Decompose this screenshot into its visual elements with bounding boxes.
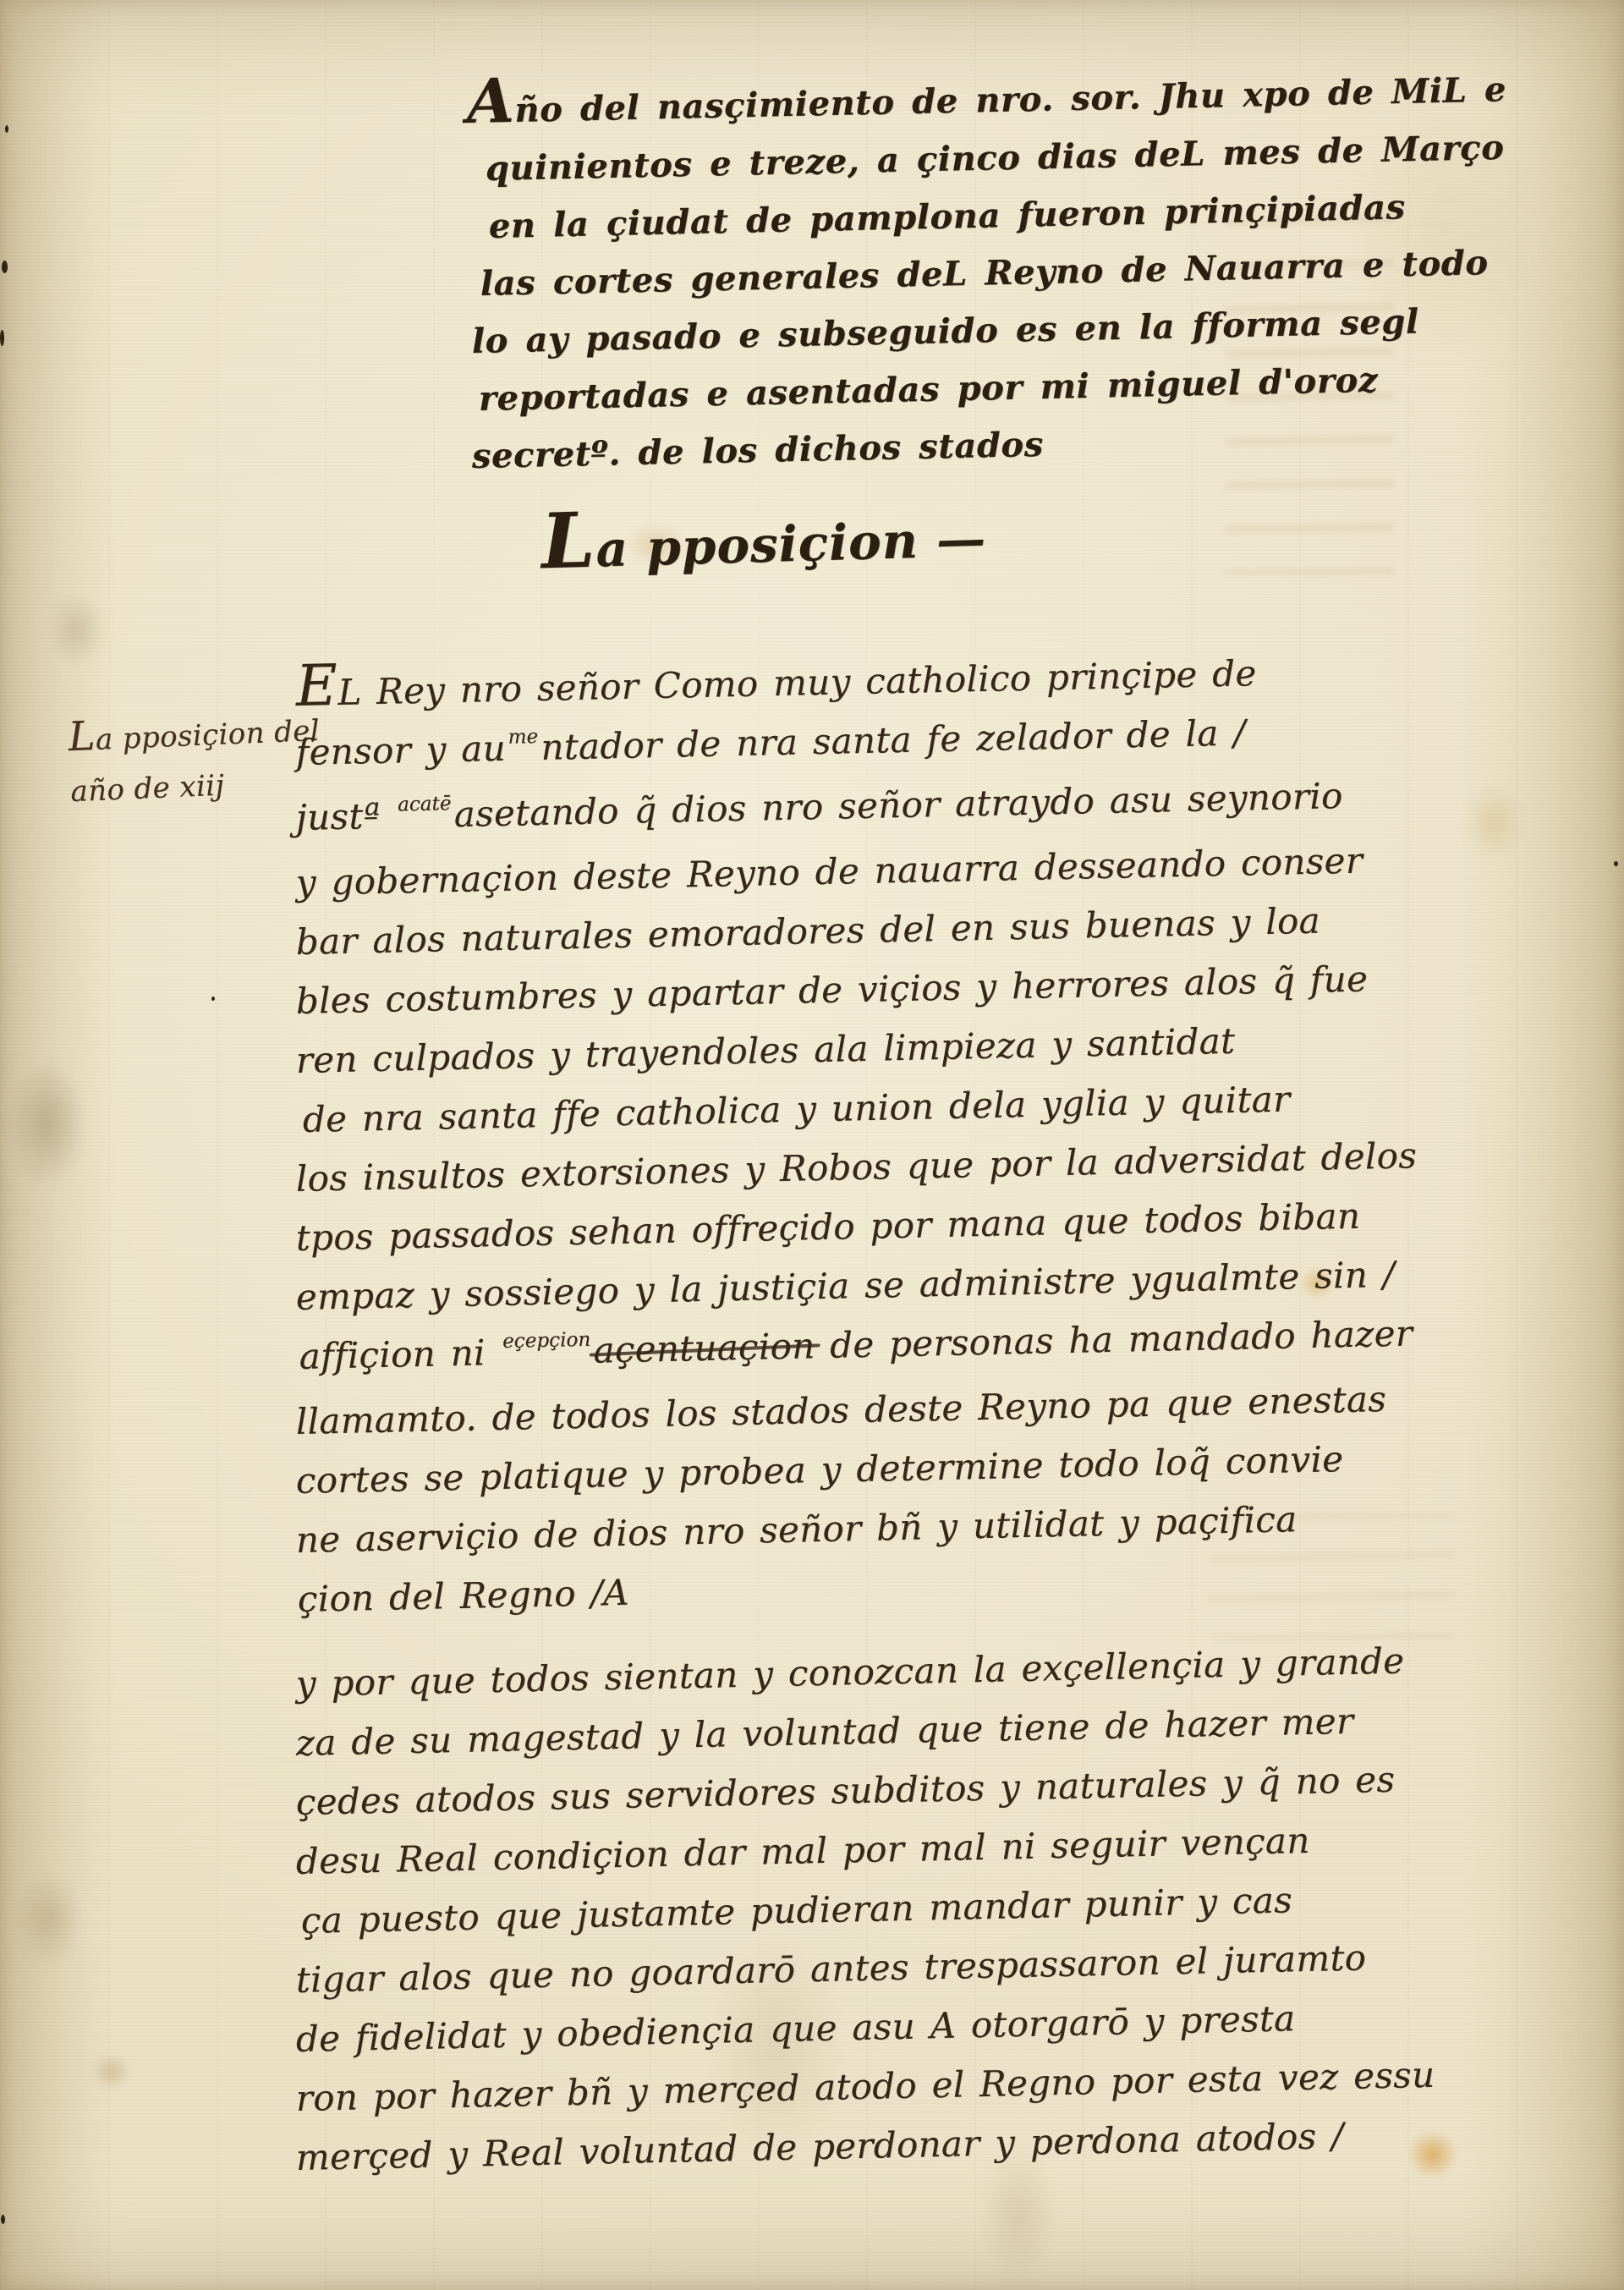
text-segment: ntador de nra santa fe zelador de la /: [540, 711, 1246, 767]
text-segment: lo ay pasado e subseguido es en la fform…: [471, 302, 1419, 361]
text-segment: año de xiij: [70, 769, 226, 810]
text-segment: ça puesto que justamte pudieran mandar p…: [300, 1879, 1292, 1941]
text-segment: de personas ha mandado hazer: [815, 1312, 1413, 1366]
text-segment: asetando q̃ dios nro señor atraydo asu s…: [453, 775, 1343, 835]
text-segment: reportadas e asentadas por mi miguel d'o…: [478, 360, 1378, 419]
heading-block: Año del nasçimiento de nro. sor. Jhu xpo…: [467, 73, 1506, 486]
margin-note: La pposiçion delaño de xiij: [68, 702, 323, 817]
text-segment: fensor y au: [295, 728, 506, 773]
text-segment: de nra santa ffe catholica y union dela …: [302, 1079, 1291, 1140]
struck-out-word: açentuaçion: [593, 1325, 815, 1370]
text-segment: affiçion ni: [299, 1332, 501, 1377]
stain: [7, 1059, 88, 1188]
text-segment: de fidelidat y obediençia que asu A otor…: [295, 1997, 1296, 2060]
manuscript-line: La pposiçion del: [68, 702, 321, 766]
text-segment: ren culpados y trayendoles ala limpieza …: [295, 1020, 1235, 1081]
text-segment: justª: [295, 795, 396, 838]
superscript-insertion: me: [507, 726, 538, 749]
edge-speck: [2, 261, 8, 273]
text-segment: secretº. de los dichos stados: [471, 425, 1044, 476]
manuscript-line: año de xiij: [69, 756, 323, 817]
text-segment: La pposiçion del: [68, 714, 321, 758]
stain: [91, 2054, 132, 2090]
superscript-insertion: acatē: [398, 794, 452, 816]
text-segment: en la çiudat de pamplona fueron prinçipi…: [488, 187, 1406, 246]
edge-speck: [1614, 861, 1618, 866]
text-segment: merçed y Real voluntad de perdonar y per…: [295, 2115, 1344, 2178]
manuscript-page: Año del nasçimiento de nro. sor. Jhu xpo…: [0, 0, 1624, 2290]
text-segment: EL Rey nro señor Como muy catholico prin…: [295, 652, 1257, 714]
section-title: La pposiçion —: [540, 495, 987, 587]
edge-speck: [211, 997, 215, 1001]
edge-speck: [0, 330, 4, 346]
stain: [47, 592, 107, 668]
stain: [1463, 783, 1524, 861]
paragraph-1: EL Rey nro señor Como muy catholico prin…: [296, 656, 1417, 1629]
edge-speck: [1, 2215, 5, 2224]
paragraph-2: y por que todos sientan y conozcan la ex…: [296, 1655, 1435, 2188]
text-segment: çion del Regno ∕A: [297, 1572, 629, 1620]
superscript-insertion: eçepçion: [502, 1329, 591, 1353]
text-segment: ne aserviçio de dios nro señor bñ y util…: [295, 1498, 1298, 1561]
stain: [14, 1871, 83, 1966]
edge-speck: [5, 125, 8, 133]
